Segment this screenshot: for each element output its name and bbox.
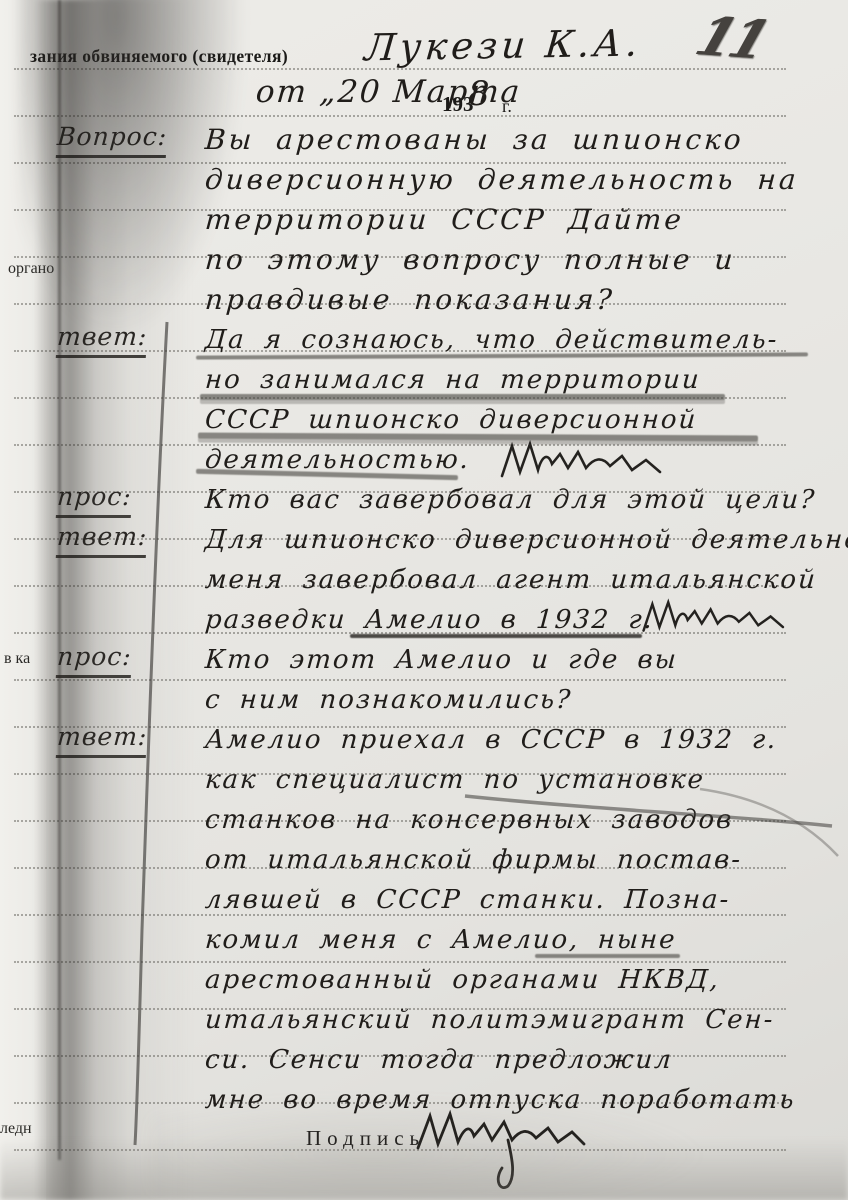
handwritten-text: по этому вопросу полные и (204, 243, 737, 276)
handwritten-text: диверсионную деятельность на (204, 163, 800, 196)
pencil-underline (535, 954, 680, 958)
signature-label: Подпись (306, 1126, 425, 1151)
handwritten-line: станков на консервных заводов (204, 800, 847, 840)
margin-fragment: в ка (4, 650, 30, 668)
handwritten-text: комил меня с Амелио, ныне (204, 925, 678, 955)
pencil-underline (200, 394, 725, 400)
handwritten-text: Амелио приехал в СССР в 1932 г. (204, 725, 779, 755)
qa-block-answer-3: твет: Амелио приехал в СССР в 1932 г. ка… (205, 720, 845, 1120)
margin-fragment: органо (8, 260, 54, 278)
signature-scribble (640, 596, 790, 644)
handwritten-line: с ним познакомились? (204, 680, 847, 720)
handwritten-line: диверсионную деятельность на (204, 160, 847, 200)
handwritten-text: СССР шпионско диверсионной (204, 405, 698, 435)
date-unit: г. (502, 96, 512, 117)
handwritten-line: территории СССР Дайте (204, 200, 847, 240)
handwritten-line: от итальянской фирмы постав- (204, 840, 847, 880)
handwritten-text: Да я сознаюсь, что действитель- (204, 325, 780, 355)
handwritten-line: твет: Амелио приехал в СССР в 1932 г. (204, 720, 847, 760)
handwritten-line: си. Сенси тогда предложил (204, 1040, 847, 1080)
ruled-line (14, 115, 786, 117)
margin-fragment: ледн (0, 1120, 32, 1138)
answer-label: твет: (56, 720, 149, 758)
detainee-name: Лукези К.А. (363, 22, 644, 70)
handwritten-text: арестованный органами НКВД, (204, 965, 721, 995)
handwritten-line: меня завербовал агент итальянской (204, 560, 847, 600)
handwritten-text: разведки Амелио в 1932 г. (204, 605, 655, 635)
handwritten-line: правдивые показания? (204, 280, 847, 320)
handwritten-text: Кто этот Амелио и где вы (204, 645, 679, 675)
qa-block-question-3: прос: Кто этот Амелио и где вы с ним поз… (205, 640, 845, 720)
question-label: прос: (56, 640, 133, 678)
handwritten-line: арестованный органами НКВД, (204, 960, 847, 1000)
question-label: прос: (56, 480, 133, 518)
form-header-label: зания обвиняемого (свидетеля) (30, 46, 288, 67)
handwritten-text: лявшей в СССР станки. Позна- (204, 885, 731, 915)
handwritten-text: правдивые показания? (204, 283, 616, 316)
question-label: Вопрос: (56, 120, 169, 158)
answer-label: твет: (56, 320, 149, 358)
handwritten-line: твет: Для шпионско диверсионной деятельн… (204, 520, 847, 560)
scanned-protocol-page: зания обвиняемого (свидетеля) Лукези К.А… (0, 0, 848, 1200)
handwritten-text: итальянский политэмигрант Сен- (204, 1005, 776, 1035)
handwritten-line: Вопрос: Вы арестованы за шпионско (204, 120, 847, 160)
handwritten-line: комил меня с Амелио, ныне (204, 920, 847, 960)
handwritten-text: с ним познакомились? (204, 685, 573, 715)
handwritten-text: но занимался на территории (204, 365, 702, 395)
handwritten-line: итальянский политэмигрант Сен- (204, 1000, 847, 1040)
handwritten-text: станков на консервных заводов (204, 805, 734, 835)
handwritten-text: меня завербовал агент итальянской (204, 565, 818, 595)
answer-label: твет: (56, 520, 149, 558)
handwritten-line: прос: Кто этот Амелио и где вы (204, 640, 847, 680)
ink-underline (350, 634, 642, 638)
handwritten-text: Вы арестованы за шпионско (204, 123, 745, 156)
handwritten-text: си. Сенси тогда предложил (204, 1045, 674, 1075)
handwritten-line: как специалист по установке (204, 760, 847, 800)
signature-scribble (498, 438, 668, 490)
handwritten-text: от итальянской фирмы постав- (204, 845, 743, 875)
date-year-digit: 8 (468, 74, 490, 114)
handwritten-text: территории СССР Дайте (204, 203, 685, 236)
handwritten-line: лявшей в СССР станки. Позна- (204, 880, 847, 920)
signature-scribble (412, 1106, 592, 1196)
handwritten-line: по этому вопросу полные и (204, 240, 847, 280)
qa-block-question-1: Вопрос: Вы арестованы за шпионско диверс… (205, 120, 845, 320)
handwritten-text: как специалист по установке (204, 765, 706, 795)
handwritten-text: Для шпионско диверсионной деятельности (204, 525, 848, 555)
